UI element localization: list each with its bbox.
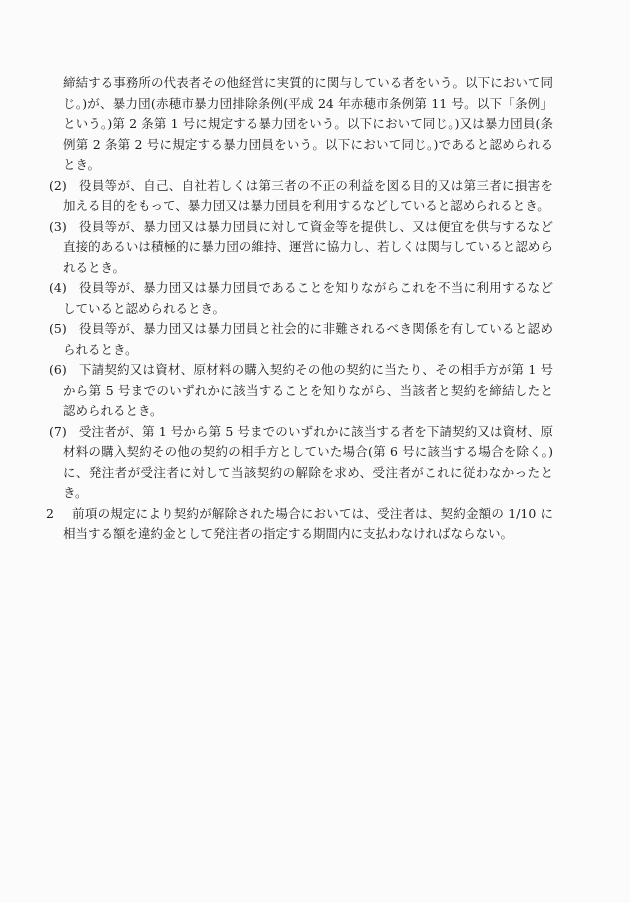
- item-number: (2): [49, 178, 67, 193]
- list-item: (4)役員等が、暴力団又は暴力団員であることを知りながらこれを不当に利用するなど…: [63, 278, 553, 319]
- list-item: (2)役員等が、自己、自社若しくは第三者の不正の利益を図る目的又は第三者に損害を…: [63, 176, 553, 217]
- document-page: 締結する事務所の代表者その他経営に実質的に関与している者をいう。以下において同じ…: [0, 0, 630, 903]
- list-item: (5)役員等が、暴力団又は暴力団員と社会的に非難されるべき関係を有していると認め…: [63, 319, 553, 360]
- item-text: 役員等が、自己、自社若しくは第三者の不正の利益を図る目的又は第三者に損害を加える…: [63, 178, 553, 214]
- item-number: (4): [49, 280, 67, 295]
- document-body: 締結する事務所の代表者その他経営に実質的に関与している者をいう。以下において同じ…: [63, 73, 553, 545]
- list-item: (7)受注者が、第 1 号から第 5 号までのいずれかに該当する者を下請契約又は…: [63, 422, 553, 504]
- item-number: (5): [49, 321, 67, 336]
- item-text: 下請契約又は資材、原材料の購入契約その他の契約に当たり、その相手方が第 1 号か…: [63, 362, 553, 418]
- list-item: (3)役員等が、暴力団又は暴力団員に対して資金等を提供し、又は便宜を供与するなど…: [63, 217, 553, 279]
- list-item: (6)下請契約又は資材、原材料の購入契約その他の契約に当たり、その相手方が第 1…: [63, 360, 553, 422]
- numbered-items: (2)役員等が、自己、自社若しくは第三者の不正の利益を図る目的又は第三者に損害を…: [63, 176, 553, 504]
- clause-2-paragraph: 2前項の規定により契約が解除された場合においては、受注者は、契約金額の 1/10…: [63, 504, 553, 545]
- item-text: 役員等が、暴力団又は暴力団員に対して資金等を提供し、又は便宜を供与するなど直接的…: [63, 219, 553, 275]
- item-number: (6): [49, 362, 67, 377]
- item-text: 役員等が、暴力団又は暴力団員と社会的に非難されるべき関係を有していると認められる…: [63, 321, 553, 357]
- item-number: (7): [49, 424, 67, 439]
- clause-text: 前項の規定により契約が解除された場合においては、受注者は、契約金額の 1/10 …: [63, 506, 553, 542]
- continuation-paragraph: 締結する事務所の代表者その他経営に実質的に関与している者をいう。以下において同じ…: [63, 73, 553, 176]
- item-text: 役員等が、暴力団又は暴力団員であることを知りながらこれを不当に利用するなどしてい…: [63, 280, 553, 316]
- clause-number: 2: [46, 506, 54, 521]
- item-text: 受注者が、第 1 号から第 5 号までのいずれかに該当する者を下請契約又は資材、…: [63, 424, 553, 501]
- item-number: (3): [49, 219, 67, 234]
